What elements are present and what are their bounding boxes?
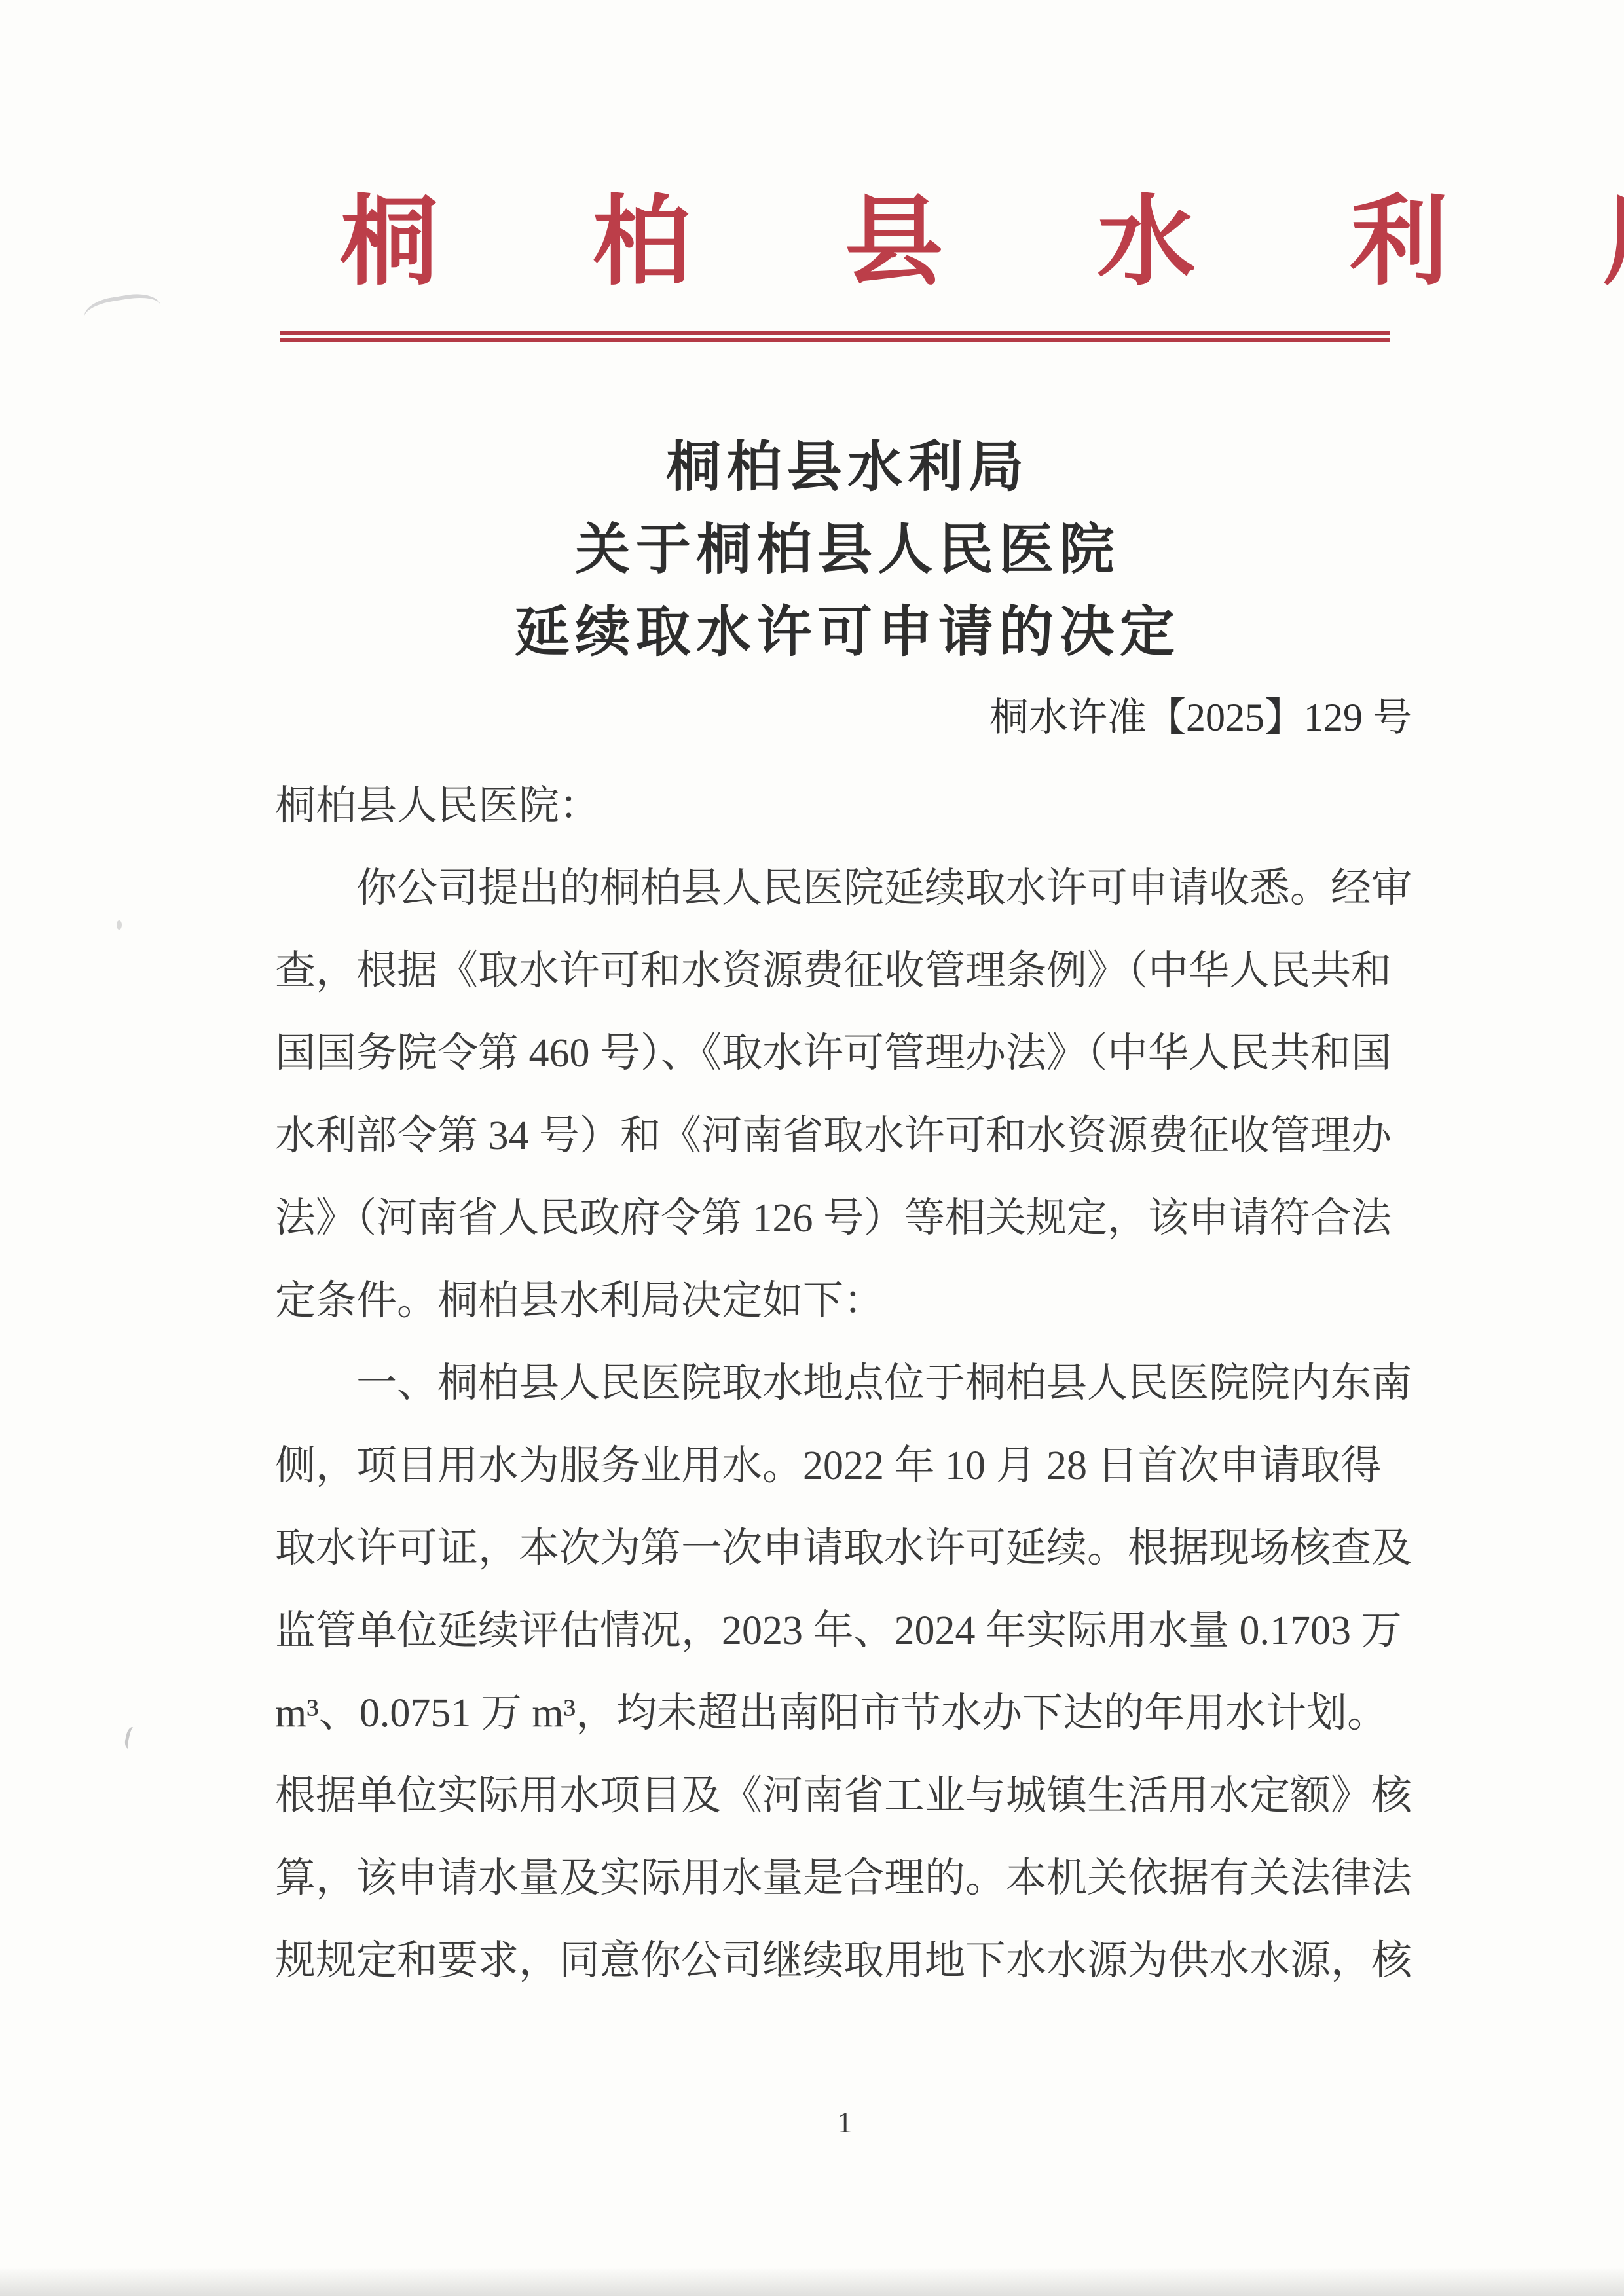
body-line: 你公司提出的桐柏县人民医院延续取水许可申请收悉。经审 (275, 847, 1417, 930)
scan-edge-shadow (0, 2267, 1624, 2296)
title-line-1: 桐柏县水利局 (275, 427, 1414, 509)
scanned-document-page: 桐 柏 县 水 利 局 桐柏县水利局 关于桐柏县人民医院 延续取水许可申请的决定… (0, 0, 1624, 2296)
document-title: 桐柏县水利局 关于桐柏县人民医院 延续取水许可申请的决定 (275, 427, 1414, 674)
scan-smudge (123, 1726, 140, 1750)
body-line: 法》（河南省人民政府令第 126 号）等相关规定，该申请符合法 (275, 1177, 1417, 1260)
body-line: 一、桐柏县人民医院取水地点位于桐柏县人民医院院内东南 (275, 1342, 1417, 1425)
title-line-3: 延续取水许可申请的决定 (275, 592, 1414, 674)
body-line: 国国务院令第 460 号）、《取水许可管理办法》（中华人民共和国 (275, 1012, 1417, 1095)
body-line: m³、0.0751 万 m³，均未超出南阳市节水办下达的年用水计划。 (275, 1672, 1417, 1755)
scan-smudge (82, 290, 163, 333)
agency-masthead: 桐 柏 县 水 利 局 (275, 185, 1414, 301)
scan-speck (117, 920, 122, 930)
body-line: 水利部令第 34 号）和《河南省取水许可和水资源费征收管理办 (275, 1095, 1417, 1177)
body-line: 监管单位延续评估情况，2023 年、2024 年实际用水量 0.1703 万 (275, 1590, 1417, 1672)
body-line: 根据单位实际用水项目及《河南省工业与城镇生活用水定额》核 (275, 1755, 1417, 1837)
salutation: 桐柏县人民医院： (275, 765, 1417, 847)
body-line: 查，根据《取水许可和水资源费征收管理条例》（中华人民共和 (275, 930, 1417, 1012)
body-line: 侧，项目用水为服务业用水。2022 年 10 月 28 日首次申请取得 (275, 1425, 1417, 1507)
body-line: 算，该申请水量及实际用水量是合理的。本机关依据有关法律法 (275, 1837, 1417, 1920)
red-double-rule (280, 331, 1390, 342)
body-line: 定条件。桐柏县水利局决定如下： (275, 1260, 1417, 1342)
document-number: 桐水许准【2025】129 号 (275, 676, 1412, 759)
body-line: 规规定和要求，同意你公司继续取用地下水水源为供水水源，核 (275, 1920, 1417, 2002)
document-body: 桐柏县人民医院： 你公司提出的桐柏县人民医院延续取水许可申请收悉。经审 查，根据… (275, 765, 1417, 2002)
page-number: 1 (275, 2103, 1414, 2142)
body-line: 取水许可证，本次为第一次申请取水许可延续。根据现场核查及 (275, 1507, 1417, 1590)
title-line-2: 关于桐柏县人民医院 (275, 509, 1414, 592)
